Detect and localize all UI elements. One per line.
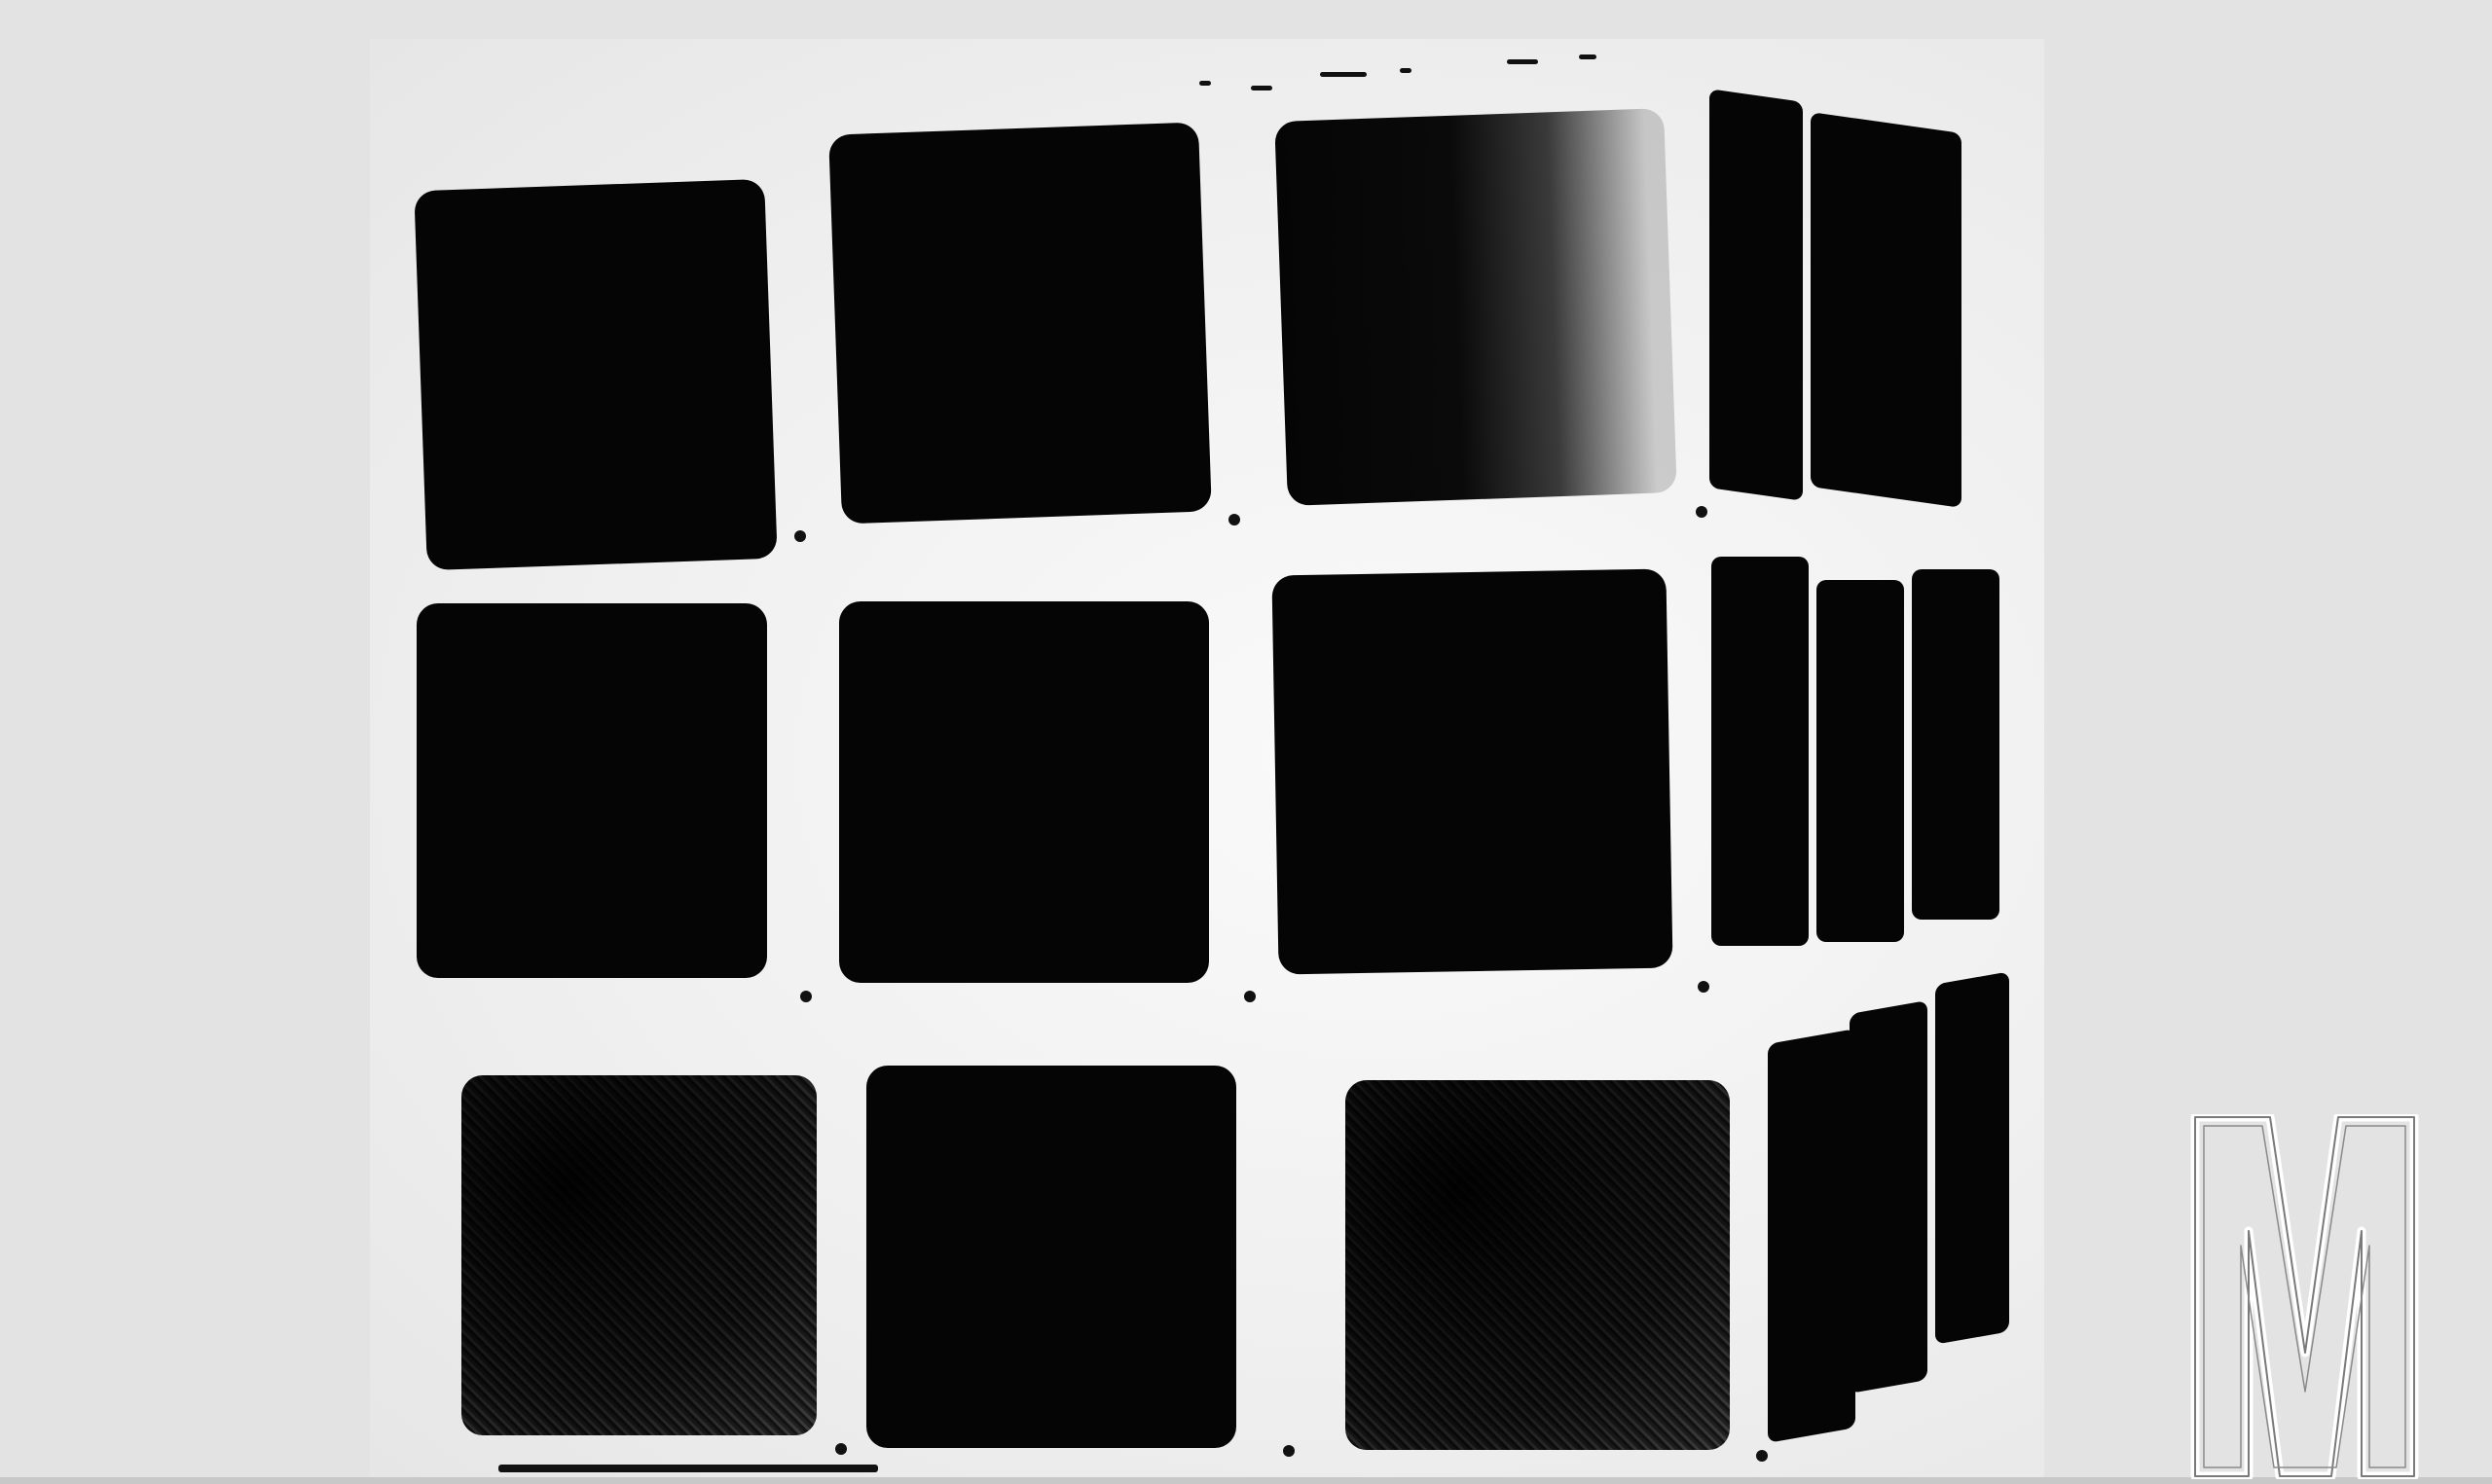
- tile-r1c1: [414, 179, 777, 570]
- side-tile-r2c2: [1816, 580, 1904, 942]
- corner-dot: [800, 991, 812, 1002]
- side-tile-r2c1: [1711, 557, 1809, 946]
- bottom-border: [0, 1477, 2492, 1484]
- side-tile-r2c3: [1912, 569, 1999, 920]
- tile-r2c3: [1271, 568, 1672, 974]
- edge-speck: [1199, 81, 1211, 86]
- side-tile-r1c1: [1709, 89, 1803, 500]
- corner-dot: [794, 530, 806, 542]
- tile-r1c3: [1274, 108, 1677, 506]
- corner-dot: [1756, 1450, 1768, 1462]
- edge-speck: [1507, 59, 1538, 64]
- tile-r2c1: [417, 603, 767, 978]
- tile-r3c1: [461, 1075, 817, 1435]
- corner-dot: [1696, 506, 1707, 518]
- corner-dot: [1283, 1445, 1295, 1457]
- edge-speck: [1579, 54, 1596, 59]
- tile-r3c3: [1345, 1080, 1730, 1450]
- side-tile-r3c3: [1935, 971, 2009, 1344]
- bottom-edge-stroke: [498, 1465, 878, 1472]
- corner-dot: [835, 1443, 847, 1455]
- photo-stage: [0, 0, 2492, 1484]
- watermark-m-icon: [2190, 1114, 2419, 1479]
- side-tile-r1c2: [1811, 112, 1961, 508]
- edge-speck: [1320, 72, 1367, 77]
- side-tile-r3c1: [1768, 1029, 1855, 1443]
- tile-r1c2: [828, 122, 1212, 524]
- tile-r3c2: [866, 1066, 1236, 1448]
- tile-r2c2: [839, 601, 1209, 983]
- corner-dot: [1244, 991, 1256, 1002]
- edge-speck: [1400, 68, 1411, 73]
- corner-dot: [1698, 981, 1709, 993]
- corner-dot: [1228, 514, 1240, 525]
- edge-speck: [1251, 86, 1272, 90]
- side-tile-r3c2: [1850, 1000, 1927, 1394]
